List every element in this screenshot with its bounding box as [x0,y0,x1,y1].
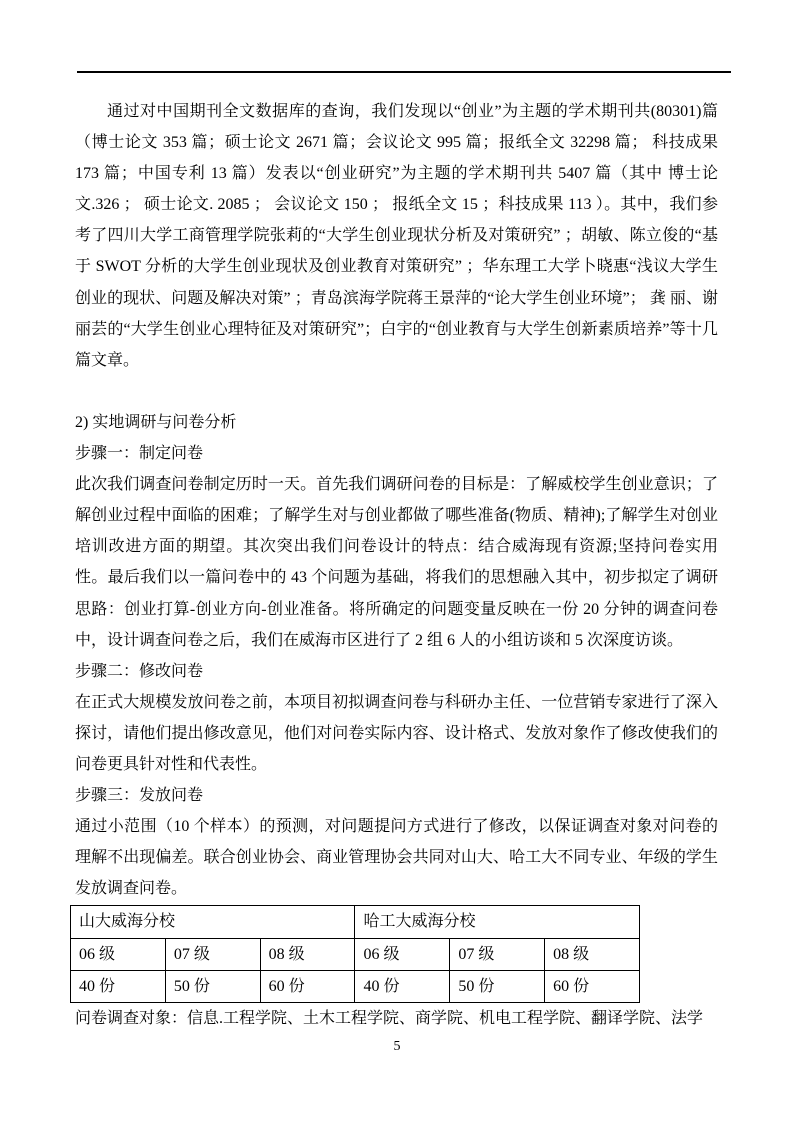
table-row-grades: 06 级 07 级 08 级 06 级 07 级 08 级 [71,938,640,970]
document-body: 通过对中国期刊全文数据库的查询，我们发现以“创业”为主题的学术期刊共(80301… [75,96,718,1034]
survey-distribution-table: 山大威海分校 哈工大威海分校 06 级 07 级 08 级 06 级 07 级 … [70,905,640,1002]
header-rule [77,71,731,73]
table-cell-grade: 06 级 [71,938,166,970]
table-cell-campus-shanda: 山大威海分校 [71,906,355,938]
step3-title: 步骤三：发放问卷 [75,780,718,811]
table-cell-count: 40 份 [355,970,450,1002]
table-cell-count: 40 份 [71,970,166,1002]
step2-title: 步骤二：修改问卷 [75,656,718,687]
step3-body: 通过小范围（10 个样本）的预测，对问题提问方式进行了修改，以保证调查对象对问卷… [75,811,718,904]
paragraph-survey-targets: 问卷调查对象：信息.工程学院、土木工程学院、商学院、机电工程学院、翻译学院、法学 [75,1003,718,1034]
step1-body: 此次我们调查问卷制定历时一天。首先我们调研问卷的目标是：了解威校学生创业意识；了… [75,469,718,656]
table-cell-grade: 07 级 [165,938,260,970]
table-cell-campus-hagong: 哈工大威海分校 [355,906,640,938]
table-cell-grade: 07 级 [450,938,545,970]
section-heading-field-research: 2) 实地调研与问卷分析 [75,407,718,438]
table-row-campus: 山大威海分校 哈工大威海分校 [71,906,640,938]
document-page: 通过对中国期刊全文数据库的查询，我们发现以“创业”为主题的学术期刊共(80301… [0,0,794,1123]
page-number: 5 [0,1038,794,1056]
table-row-counts: 40 份 50 份 60 份 40 份 50 份 60 份 [71,970,640,1002]
table-cell-grade: 08 级 [545,938,640,970]
step1-title: 步骤一：制定问卷 [75,438,718,469]
table-cell-count: 60 份 [260,970,355,1002]
table-cell-count: 50 份 [165,970,260,1002]
step2-body: 在正式大规模发放问卷之前，本项目初拟调查问卷与科研办主任、一位营销专家进行了深入… [75,687,718,780]
table-cell-count: 60 份 [545,970,640,1002]
table-cell-count: 50 份 [450,970,545,1002]
table-cell-grade: 08 级 [260,938,355,970]
paragraph-literature-review: 通过对中国期刊全文数据库的查询，我们发现以“创业”为主题的学术期刊共(80301… [75,96,718,376]
table-cell-grade: 06 级 [355,938,450,970]
